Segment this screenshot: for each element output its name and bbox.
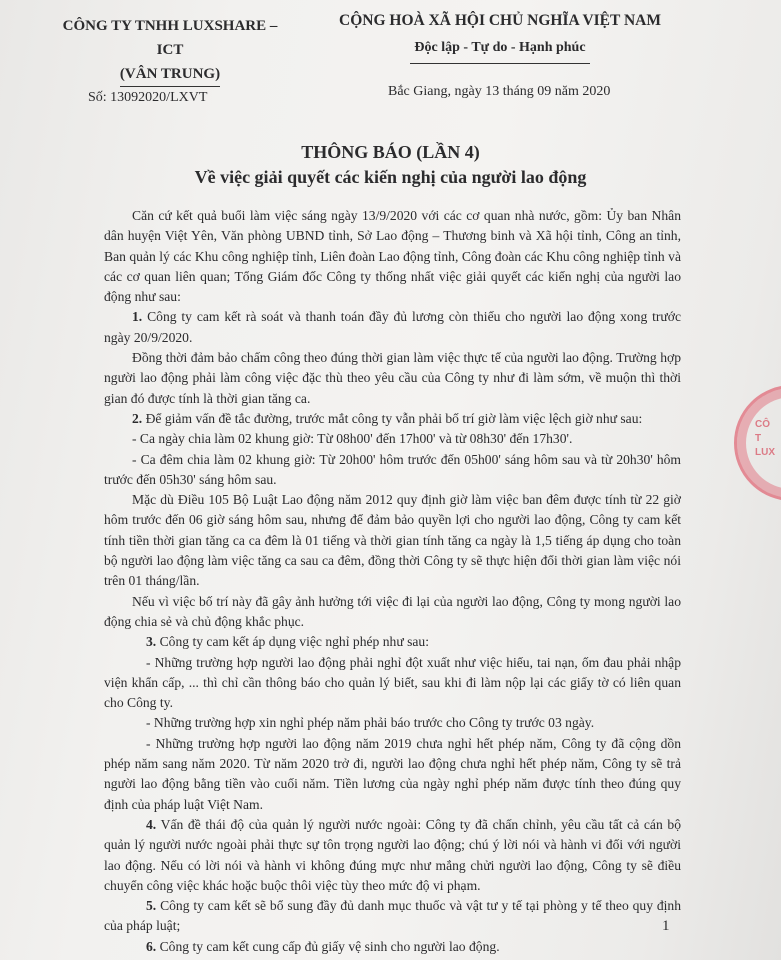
item-2-bullet-2: - Ca đêm chia làm 02 khung giờ: Từ 20h00… [104,450,681,491]
stamp-line: LUX [755,446,775,460]
item-text: Công ty cam kết áp dụng việc nghỉ phép n… [160,634,429,649]
item-1: 1. Công ty cam kết rà soát và thanh toán… [104,307,681,348]
item-text: Công ty cam kết sẽ bổ sung đầy đủ danh m… [104,898,681,933]
page-number: 1 [662,918,670,935]
intro-paragraph: Căn cứ kết quả buổi làm việc sáng ngày 1… [104,206,681,307]
item-6: 6. Công ty cam kết cung cấp đủ giấy vệ s… [104,937,681,957]
item-3-bullet-2: - Những trường hợp xin nghỉ phép năm phả… [104,713,681,733]
item-2-bullet-1: - Ca ngày chia làm 02 khung giờ: Từ 08h0… [104,429,681,449]
item-4: 4. Vấn đề thái độ của quản lý người nước… [104,815,681,896]
item-number: 5. [146,898,156,913]
item-number: 2. [132,411,142,426]
item-2-paragraph-2: Mặc dù Điều 105 Bộ Luật Lao động năm 201… [104,490,681,591]
item-text: Công ty cam kết cung cấp đủ giấy vệ sinh… [160,939,500,954]
stamp-text: CÔ T LUX [755,418,775,460]
company-branch: (VÂN TRUNG) [120,62,220,87]
item-5: 5. Công ty cam kết sẽ bổ sung đầy đủ dan… [104,896,681,937]
document-page: CÔNG TY TNHH LUXSHARE – ICT (VÂN TRUNG) … [0,0,781,960]
stamp-line: T [755,432,775,446]
item-3-bullet-3: - Những trường hợp người lao động năm 20… [104,734,681,815]
item-3-bullet-1: - Những trường hợp người lao động phải n… [104,653,681,714]
item-1-paragraph-2: Đồng thời đảm bảo chấm công theo đúng th… [104,348,681,409]
item-number: 6. [146,939,156,954]
title-main: THÔNG BÁO (LẦN 4) [0,140,781,165]
item-text: Vấn đề thái độ của quản lý người nước ng… [104,817,681,893]
company-header: CÔNG TY TNHH LUXSHARE – ICT (VÂN TRUNG) [55,14,285,87]
item-text: Để giảm vấn đề tắc đường, trước mắt công… [146,411,643,426]
item-2: 2. Để giảm vấn đề tắc đường, trước mắt c… [104,409,681,429]
company-name: CÔNG TY TNHH LUXSHARE – ICT [55,14,285,62]
item-text: Công ty cam kết rà soát và thanh toán đầ… [104,309,681,344]
national-header: CỘNG HOÀ XÃ HỘI CHỦ NGHĨA VIỆT NAM Độc l… [330,8,670,64]
item-3: 3. Công ty cam kết áp dụng việc nghỉ phé… [104,632,681,652]
stamp-line: CÔ [755,418,775,432]
national-motto: Độc lập - Tự do - Hạnh phúc [410,35,589,64]
place-date: Bắc Giang, ngày 13 tháng 09 năm 2020 [388,84,610,100]
item-number: 4. [146,817,156,832]
title-subject: Về việc giải quyết các kiến nghị của ngư… [0,165,781,190]
item-number: 1. [132,309,142,324]
item-2-paragraph-3: Nếu vì việc bố trí này đã gây ảnh hưởng … [104,592,681,633]
company-seal-stamp: CÔ T LUX [734,385,781,501]
document-number: Số: 13092020/LXVT [88,90,207,106]
item-number: 3. [146,634,156,649]
nation-title: CỘNG HOÀ XÃ HỘI CHỦ NGHĨA VIỆT NAM [330,8,670,34]
document-title: THÔNG BÁO (LẦN 4) Về việc giải quyết các… [0,140,781,190]
document-body: Căn cứ kết quả buổi làm việc sáng ngày 1… [104,206,681,957]
